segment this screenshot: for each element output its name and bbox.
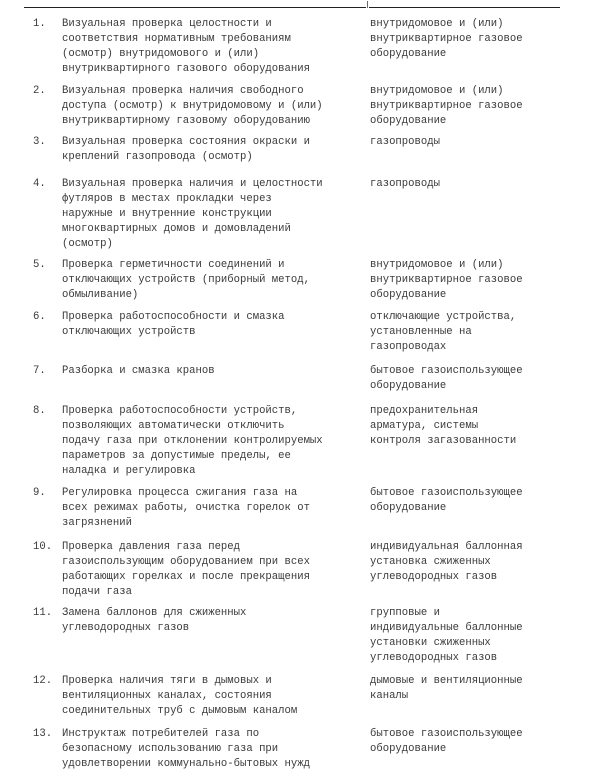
row-number: 12.: [33, 674, 52, 689]
work-description: Инструктаж потребителей газа по безопасн…: [62, 727, 362, 772]
row-number: 11.: [33, 606, 52, 621]
table-top-rule-left: [24, 7, 366, 8]
equipment-type: газопроводы: [370, 135, 600, 150]
work-description: Визуальная проверка наличия свободного д…: [62, 84, 362, 129]
equipment-type: внутридомовое и (или) внутриквартирное г…: [370, 258, 600, 303]
row-number: 5.: [33, 258, 46, 273]
work-description: Замена баллонов для сжиженных углеводоро…: [62, 606, 362, 636]
equipment-type: бытовое газоиспользующее оборудование: [370, 486, 600, 516]
row-number: 7.: [33, 364, 46, 379]
row-number: 2.: [33, 84, 46, 99]
row-number: 1.: [33, 17, 46, 32]
equipment-type: групповые и индивидуальные баллонные уст…: [370, 606, 600, 666]
equipment-type: предохранительная арматура, системы конт…: [370, 404, 600, 449]
row-number: 13.: [33, 727, 52, 742]
row-number: 8.: [33, 404, 46, 419]
work-description: Визуальная проверка наличия и целостност…: [62, 177, 362, 252]
equipment-type: отключающие устройства, установленные на…: [370, 310, 600, 355]
equipment-type: дымовые и вентиляционные каналы: [370, 674, 600, 704]
work-description: Регулировка процесса сжигания газа на вс…: [62, 486, 362, 531]
work-description: Проверка работоспособности и смазка откл…: [62, 310, 362, 340]
work-description: Визуальная проверка целостности и соотве…: [62, 17, 362, 77]
work-description: Проверка работоспособности устройств, по…: [62, 404, 362, 479]
equipment-type: бытовое газоиспользующее оборудование: [370, 727, 600, 757]
work-description: Проверка герметичности соединений и откл…: [62, 258, 362, 303]
equipment-type: бытовое газоиспользующее оборудование: [370, 364, 600, 394]
equipment-type: газопроводы: [370, 177, 600, 192]
work-description: Разборка и смазка кранов: [62, 364, 362, 379]
work-description: Визуальная проверка состояния окраски и …: [62, 135, 362, 165]
work-description: Проверка наличия тяги в дымовых и вентил…: [62, 674, 362, 719]
equipment-type: внутридомовое и (или) внутриквартирное г…: [370, 17, 600, 62]
table-column-divider-tick: [367, 1, 368, 8]
work-description: Проверка давления газа перед газоиспольз…: [62, 540, 362, 600]
row-number: 6.: [33, 310, 46, 325]
row-number: 10.: [33, 540, 52, 555]
equipment-type: индивидуальная баллонная установка сжиже…: [370, 540, 600, 585]
row-number: 4.: [33, 177, 46, 192]
equipment-type: внутридомовое и (или) внутриквартирное г…: [370, 84, 600, 129]
table-top-rule-right: [369, 7, 560, 8]
row-number: 9.: [33, 486, 46, 501]
row-number: 3.: [33, 135, 46, 150]
